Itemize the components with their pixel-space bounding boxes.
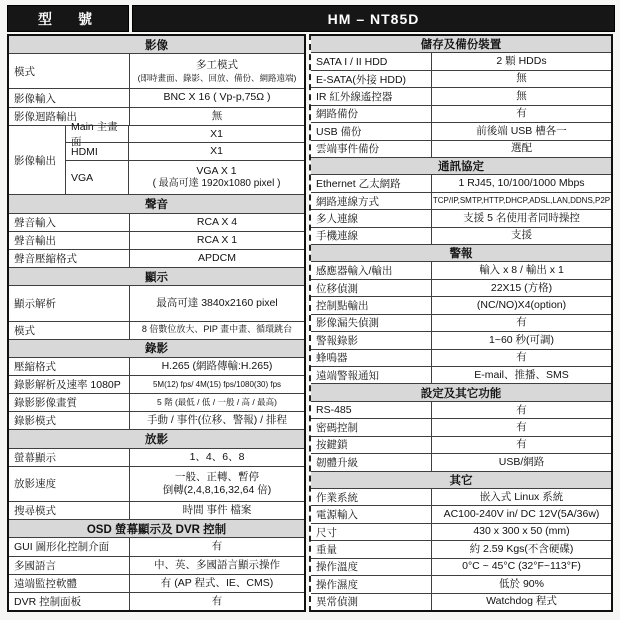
spec-row: 遠端監控軟體有 (AP 程式、IE、CMS)	[9, 574, 304, 592]
spec-row: 按鍵鎖有	[311, 436, 611, 453]
spec-value: 有 (AP 程式、IE、CMS)	[130, 575, 304, 592]
spec-row: 多國語言中、英、多國語言顯示操作	[9, 556, 304, 574]
spec-label: 密碼控制	[311, 419, 432, 435]
spec-value: 嵌入式 Linux 系統	[432, 489, 611, 505]
spec-value: E-mail、推播、SMS	[432, 367, 611, 383]
spec-value: 8 倍數位放大、PIP 畫中畫、循環跳台	[130, 322, 304, 339]
spec-subrow: Main 主畫面X1	[66, 126, 304, 143]
spec-value: 最高可達 3840x2160 pixel	[130, 286, 304, 320]
spec-row: E-SATA(外接 HDD)無	[311, 70, 611, 87]
spec-value: 5 階 (最低 / 低 / 一般 / 高 / 最高)	[130, 394, 304, 411]
spec-value: 1、4、6、8	[130, 449, 304, 466]
spec-value: 前後端 USB 槽各一	[432, 123, 611, 139]
spec-label: 錄影模式	[9, 412, 130, 429]
spec-value: 手動 / 事件(位移、警報) / 排程	[130, 412, 304, 429]
section-header: 影像	[9, 36, 304, 53]
spec-label: 模式	[9, 322, 130, 339]
left-spec-table: 影像模式多工模式(即時畫面、錄影、回放、備份、網路遠端)影像輸入BNC X 16…	[7, 34, 306, 612]
spec-row: 網路連線方式TCP/IP,SMTP,HTTP,DHCP,ADSL,LAN,DDN…	[311, 192, 611, 209]
spec-row: 密碼控制有	[311, 418, 611, 435]
spec-label: 異常偵測	[311, 594, 432, 610]
spec-label: 聲音壓縮格式	[9, 250, 130, 267]
spec-value: 有	[432, 419, 611, 435]
spec-value: Watchdog 程式	[432, 594, 611, 610]
spec-value: 430 x 300 x 50 (mm)	[432, 524, 611, 540]
spec-label: DVR 控制面板	[9, 593, 130, 610]
spec-label: USB 備份	[311, 123, 432, 139]
spec-label: Main 主畫面	[66, 126, 129, 143]
spec-row: 聲音輸入RCA X 4	[9, 213, 304, 231]
spec-value: 1 RJ45, 10/100/1000 Mbps	[432, 175, 611, 191]
spec-label: HDMI	[66, 143, 129, 160]
spec-label: 多國語言	[9, 557, 130, 574]
spec-value: 無	[432, 71, 611, 87]
spec-label: 操作濕度	[311, 576, 432, 592]
spec-value: X1	[129, 126, 304, 143]
spec-value: 支援	[432, 228, 611, 244]
spec-value: 有	[432, 402, 611, 418]
spec-value: 有	[432, 315, 611, 331]
spec-value: 選配	[432, 141, 611, 157]
spec-row: 放影速度一般、正轉、暫停倒轉(2,4,8,16,32,64 倍)	[9, 466, 304, 501]
spec-row-group: 影像輸出Main 主畫面X1HDMIX1VGAVGA X 1( 最高可達 192…	[9, 125, 304, 195]
spec-sheet-page: 型 號 HM – NT85D 影像模式多工模式(即時畫面、錄影、回放、備份、網路…	[0, 0, 620, 620]
spec-row: 感應器輸入/輸出輸入 x 8 / 輸出 x 1	[311, 261, 611, 278]
spec-value: 一般、正轉、暫停倒轉(2,4,8,16,32,64 倍)	[130, 467, 304, 501]
spec-subrow: HDMIX1	[66, 142, 304, 160]
spec-row: Ethernet 乙太網路1 RJ45, 10/100/1000 Mbps	[311, 174, 611, 191]
spec-value: USB/網路	[432, 454, 611, 470]
spec-row: 警報錄影1~60 秒(可調)	[311, 331, 611, 348]
spec-value: 低於 90%	[432, 576, 611, 592]
spec-row: 作業系統嵌入式 Linux 系統	[311, 488, 611, 505]
section-header: 儲存及備份裝置	[311, 36, 611, 52]
spec-row: 顯示解析最高可達 3840x2160 pixel	[9, 285, 304, 320]
spec-label: IR 紅外線遙控器	[311, 88, 432, 104]
spec-label: 壓縮格式	[9, 358, 130, 375]
spec-row: SATA I / II HDD2 顆 HDDs	[311, 52, 611, 69]
spec-label: 多人連線	[311, 210, 432, 226]
spec-row: 聲音輸出RCA X 1	[9, 231, 304, 249]
spec-value: 約 2.59 Kgs(不含硬碟)	[432, 541, 611, 557]
section-header: 其它	[311, 471, 611, 488]
spec-label: GUI 圖形化控制介面	[9, 538, 130, 555]
spec-label: 遠端警報通知	[311, 367, 432, 383]
spec-label: 尺寸	[311, 524, 432, 540]
spec-label: 操作溫度	[311, 559, 432, 575]
spec-value: 有	[130, 593, 304, 610]
spec-row: IR 紅外線遙控器無	[311, 87, 611, 104]
spec-label: 遠端監控軟體	[9, 575, 130, 592]
spec-label: 電源輸入	[311, 506, 432, 522]
spec-label: 重量	[311, 541, 432, 557]
spec-label: 雲端事件備份	[311, 141, 432, 157]
spec-row: 位移偵測22X15 (方格)	[311, 279, 611, 296]
spec-row: USB 備份前後端 USB 槽各一	[311, 122, 611, 139]
spec-row: 多人連線支援 5 名使用者同時操控	[311, 209, 611, 226]
spec-row: 網路備份有	[311, 105, 611, 122]
spec-row: DVR 控制面板有	[9, 592, 304, 610]
section-header: 警報	[311, 244, 611, 261]
spec-label: 蜂鳴器	[311, 350, 432, 366]
section-header: OSD 螢幕顯示及 DVR 控制	[9, 519, 304, 537]
spec-row: 搜尋模式時間 事件 檔案	[9, 501, 304, 519]
spec-label: 影像漏失偵測	[311, 315, 432, 331]
spec-value: 輸入 x 8 / 輸出 x 1	[432, 262, 611, 278]
spec-row: 重量約 2.59 Kgs(不含硬碟)	[311, 540, 611, 557]
spec-label: 手機連線	[311, 228, 432, 244]
section-header: 設定及其它功能	[311, 383, 611, 400]
spec-value: X1	[129, 143, 304, 160]
spec-row: 模式多工模式(即時畫面、錄影、回放、備份、網路遠端)	[9, 53, 304, 88]
spec-label: 顯示解析	[9, 286, 130, 320]
spec-label: 影像輸出	[9, 126, 66, 195]
model-name-header: HM – NT85D	[132, 5, 615, 32]
spec-row: 韌體升級USB/網路	[311, 453, 611, 470]
spec-value: H.265 (網路傳輸:H.265)	[130, 358, 304, 375]
spec-label: 按鍵鎖	[311, 437, 432, 453]
spec-value: 支援 5 名使用者同時操控	[432, 210, 611, 226]
spec-value: RCA X 4	[130, 214, 304, 231]
spec-value: VGA X 1( 最高可達 1920x1080 pixel )	[129, 161, 304, 194]
right-spec-table: 儲存及備份裝置SATA I / II HDD2 顆 HDDsE-SATA(外接 …	[309, 34, 613, 612]
spec-row: 影像迴路輸出無	[9, 107, 304, 125]
model-number-header: 型 號	[7, 5, 129, 32]
spec-label: 位移偵測	[311, 280, 432, 296]
spec-value: 0°C ~ 45°C (32°F~113°F)	[432, 559, 611, 575]
spec-value: APDCM	[130, 250, 304, 267]
spec-label: VGA	[66, 161, 129, 194]
spec-label: 控制點輸出	[311, 297, 432, 313]
spec-label: E-SATA(外接 HDD)	[311, 71, 432, 87]
spec-label: 放影速度	[9, 467, 130, 501]
spec-label: 聲音輸入	[9, 214, 130, 231]
spec-value: RCA X 1	[130, 232, 304, 249]
section-header: 聲音	[9, 194, 304, 212]
spec-label: 作業系統	[311, 489, 432, 505]
spec-label: 感應器輸入/輸出	[311, 262, 432, 278]
spec-row: 操作濕度低於 90%	[311, 575, 611, 592]
spec-value: 有	[130, 538, 304, 555]
section-header: 顯示	[9, 267, 304, 285]
spec-value: 2 顆 HDDs	[432, 53, 611, 69]
spec-label: RS-485	[311, 402, 432, 418]
spec-row: 電源輸入AC100-240V in/ DC 12V(5A/36w)	[311, 505, 611, 522]
section-header: 放影	[9, 429, 304, 447]
spec-value: 22X15 (方格)	[432, 280, 611, 296]
spec-value: 多工模式(即時畫面、錄影、回放、備份、網路遠端)	[130, 54, 304, 88]
spec-label: 錄影影像畫質	[9, 394, 130, 411]
spec-label: 模式	[9, 54, 130, 88]
spec-value: 無	[432, 88, 611, 104]
spec-row: 手機連線支援	[311, 227, 611, 244]
spec-row: RS-485有	[311, 401, 611, 418]
spec-value: AC100-240V in/ DC 12V(5A/36w)	[432, 506, 611, 522]
spec-label: 韌體升級	[311, 454, 432, 470]
spec-row: GUI 圖形化控制介面有	[9, 537, 304, 555]
spec-label: 螢幕顯示	[9, 449, 130, 466]
spec-label: 聲音輸出	[9, 232, 130, 249]
spec-value: 中、英、多國語言顯示操作	[130, 557, 304, 574]
spec-value: 有	[432, 106, 611, 122]
section-header: 錄影	[9, 339, 304, 357]
spec-row: 影像漏失偵測有	[311, 314, 611, 331]
spec-label: 搜尋模式	[9, 502, 130, 519]
spec-value: 5M(12) fps/ 4M(15) fps/1080(30) fps	[130, 376, 304, 393]
spec-value: 有	[432, 350, 611, 366]
spec-row: 螢幕顯示1、4、6、8	[9, 448, 304, 466]
spec-value: 有	[432, 437, 611, 453]
spec-row: 蜂鳴器有	[311, 349, 611, 366]
spec-row: 錄影影像畫質5 階 (最低 / 低 / 一般 / 高 / 最高)	[9, 393, 304, 411]
section-header: 通訊協定	[311, 157, 611, 174]
spec-row: 錄影模式手動 / 事件(位移、警報) / 排程	[9, 411, 304, 429]
spec-value: 無	[130, 108, 304, 125]
spec-subrow: VGAVGA X 1( 最高可達 1920x1080 pixel )	[66, 160, 304, 194]
spec-row: 操作溫度0°C ~ 45°C (32°F~113°F)	[311, 558, 611, 575]
spec-value: 時間 事件 檔案	[130, 502, 304, 519]
spec-row: 遠端警報通知E-mail、推播、SMS	[311, 366, 611, 383]
spec-value: TCP/IP,SMTP,HTTP,DHCP,ADSL,LAN,DDNS,P2P	[432, 193, 611, 209]
spec-row: 聲音壓縮格式APDCM	[9, 249, 304, 267]
spec-row: 尺寸430 x 300 x 50 (mm)	[311, 523, 611, 540]
spec-label: 網路連線方式	[311, 193, 432, 209]
spec-label: Ethernet 乙太網路	[311, 175, 432, 191]
spec-label: 影像輸入	[9, 89, 130, 106]
spec-row: 雲端事件備份選配	[311, 140, 611, 157]
spec-label: 錄影解析及速率 1080P	[9, 376, 130, 393]
spec-row: 壓縮格式H.265 (網路傳輸:H.265)	[9, 357, 304, 375]
spec-value: (NC/NO)X4(option)	[432, 297, 611, 313]
spec-row: 控制點輸出(NC/NO)X4(option)	[311, 296, 611, 313]
spec-value: 1~60 秒(可調)	[432, 332, 611, 348]
spec-label: 警報錄影	[311, 332, 432, 348]
spec-label: SATA I / II HDD	[311, 53, 432, 69]
spec-value: BNC X 16 ( Vp-p,75Ω )	[130, 89, 304, 106]
spec-row: 影像輸入BNC X 16 ( Vp-p,75Ω )	[9, 88, 304, 106]
spec-label: 網路備份	[311, 106, 432, 122]
spec-row: 異常偵測Watchdog 程式	[311, 593, 611, 610]
spec-row: 模式8 倍數位放大、PIP 畫中畫、循環跳台	[9, 321, 304, 339]
spec-row: 錄影解析及速率 1080P5M(12) fps/ 4M(15) fps/1080…	[9, 375, 304, 393]
